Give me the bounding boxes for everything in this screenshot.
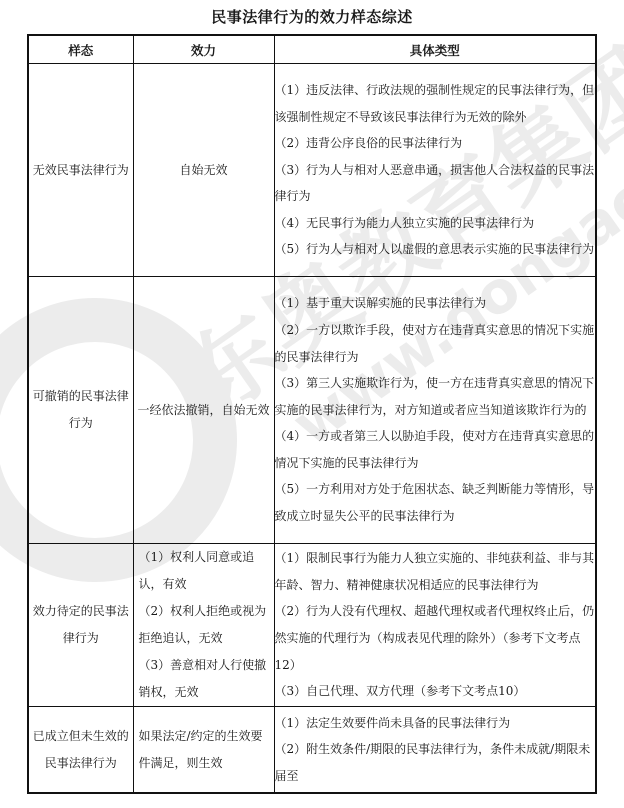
state-label: 已成立但未生效的民事法律行为 bbox=[33, 729, 129, 770]
table-row-voidable: 可撤销的民事法律行为 一经依法撤销，自始无效 （1）基于重大误解实施的民事法律行… bbox=[28, 277, 596, 544]
state-cell: 已成立但未生效的民事法律行为 bbox=[28, 707, 133, 794]
effect-text: 一经依法撤销，自始无效 bbox=[137, 403, 269, 417]
type-item: （1）限制民事行为能力人独立实施的、非纯获利益、非与其年龄、智力、精神健康状况相… bbox=[275, 545, 596, 598]
type-item: （1）法定生效要件尚未具备的民事法律行为 bbox=[275, 710, 596, 737]
state-cell: 效力待定的民事法律行为 bbox=[28, 544, 133, 707]
effect-item: （2）权利人拒绝或视为拒绝追认，无效 bbox=[139, 598, 274, 652]
types-cell: （1）法定生效要件尚未具备的民事法律行为 （2）附生效条件/期限的民事法律行为，… bbox=[274, 707, 596, 794]
state-label: 无效民事法律行为 bbox=[33, 163, 129, 177]
type-item: （2）一方以欺诈手段，使对方在违背真实意思的情况下实施的民事法律行为 bbox=[275, 317, 596, 370]
types-cell: （1）违反法律、行政法规的强制性规定的民事法律行为，但该强制性规定不导致该民事法… bbox=[274, 64, 596, 277]
header-effect: 效力 bbox=[133, 35, 274, 64]
header-state: 样态 bbox=[28, 35, 133, 64]
type-item: （1）基于重大误解实施的民事法律行为 bbox=[275, 290, 596, 317]
type-item: （3）自己代理、双方代理（参考下文考点10） bbox=[275, 678, 596, 705]
page-title: 民事法律行为的效力样态综述 bbox=[0, 6, 624, 27]
type-item: （4）一方或者第三人以胁迫手段，使对方在违背真实意思的情况下实施的民事法律行为 bbox=[275, 423, 596, 476]
table-row-pending: 效力待定的民事法律行为 （1）权利人同意或追认，有效 （2）权利人拒绝或视为拒绝… bbox=[28, 544, 596, 707]
table-header-row: 样态 效力 具体类型 bbox=[28, 35, 596, 64]
effect-text: 自始无效 bbox=[179, 163, 227, 177]
type-item: （2）附生效条件/期限的民事法律行为，条件未成就/期限未届至 bbox=[275, 736, 596, 789]
effect-cell: 一经依法撤销，自始无效 bbox=[133, 277, 274, 544]
effect-item: （3）善意相对人行使撤销权，无效 bbox=[139, 652, 274, 706]
type-item: （3）行为人与相对人恶意串通，损害他人合法权益的民事法律行为 bbox=[275, 157, 596, 210]
type-item: （5）行为人与相对人以虚假的意思表示实施的民事法律行为 bbox=[275, 236, 596, 263]
header-types: 具体类型 bbox=[274, 35, 596, 64]
effect-cell: 自始无效 bbox=[133, 64, 274, 277]
state-label: 效力待定的民事法律行为 bbox=[33, 604, 129, 645]
state-cell: 无效民事法律行为 bbox=[28, 64, 133, 277]
effect-text: 如果法定/约定的生效要件满足，则生效 bbox=[139, 729, 263, 770]
table-row-not-yet-effective: 已成立但未生效的民事法律行为 如果法定/约定的生效要件满足，则生效 （1）法定生… bbox=[28, 707, 596, 794]
type-item: （4）无民事行为能力人独立实施的民事法律行为 bbox=[275, 210, 596, 237]
type-item: （2）违背公序良俗的民事法律行为 bbox=[275, 130, 596, 157]
effect-item: （1）权利人同意或追认，有效 bbox=[139, 544, 274, 598]
state-label: 可撤销的民事法律行为 bbox=[33, 389, 129, 430]
type-item: （2）行为人没有代理权、超越代理权或者代理权终止后，仍然实施的代理行为（构成表见… bbox=[275, 598, 596, 678]
validity-summary-table: 样态 效力 具体类型 无效民事法律行为 自始无效 （1）违反法律、行政法规的强制… bbox=[27, 34, 597, 794]
types-cell: （1）基于重大误解实施的民事法律行为 （2）一方以欺诈手段，使对方在违背真实意思… bbox=[274, 277, 596, 544]
state-cell: 可撤销的民事法律行为 bbox=[28, 277, 133, 544]
effect-cell: 如果法定/约定的生效要件满足，则生效 bbox=[133, 707, 274, 794]
type-item: （3）第三人实施欺诈行为，使一方在违背真实意思的情况下实施的民事法律行为，对方知… bbox=[275, 370, 596, 423]
table-row-void: 无效民事法律行为 自始无效 （1）违反法律、行政法规的强制性规定的民事法律行为，… bbox=[28, 64, 596, 277]
types-cell: （1）限制民事行为能力人独立实施的、非纯获利益、非与其年龄、智力、精神健康状况相… bbox=[274, 544, 596, 707]
type-item: （5）一方利用对方处于危困状态、缺乏判断能力等情形，导致成立时显失公平的民事法律… bbox=[275, 476, 596, 529]
type-item: （1）违反法律、行政法规的强制性规定的民事法律行为，但该强制性规定不导致该民事法… bbox=[275, 77, 596, 130]
effect-cell: （1）权利人同意或追认，有效 （2）权利人拒绝或视为拒绝追认，无效 （3）善意相… bbox=[133, 544, 274, 707]
